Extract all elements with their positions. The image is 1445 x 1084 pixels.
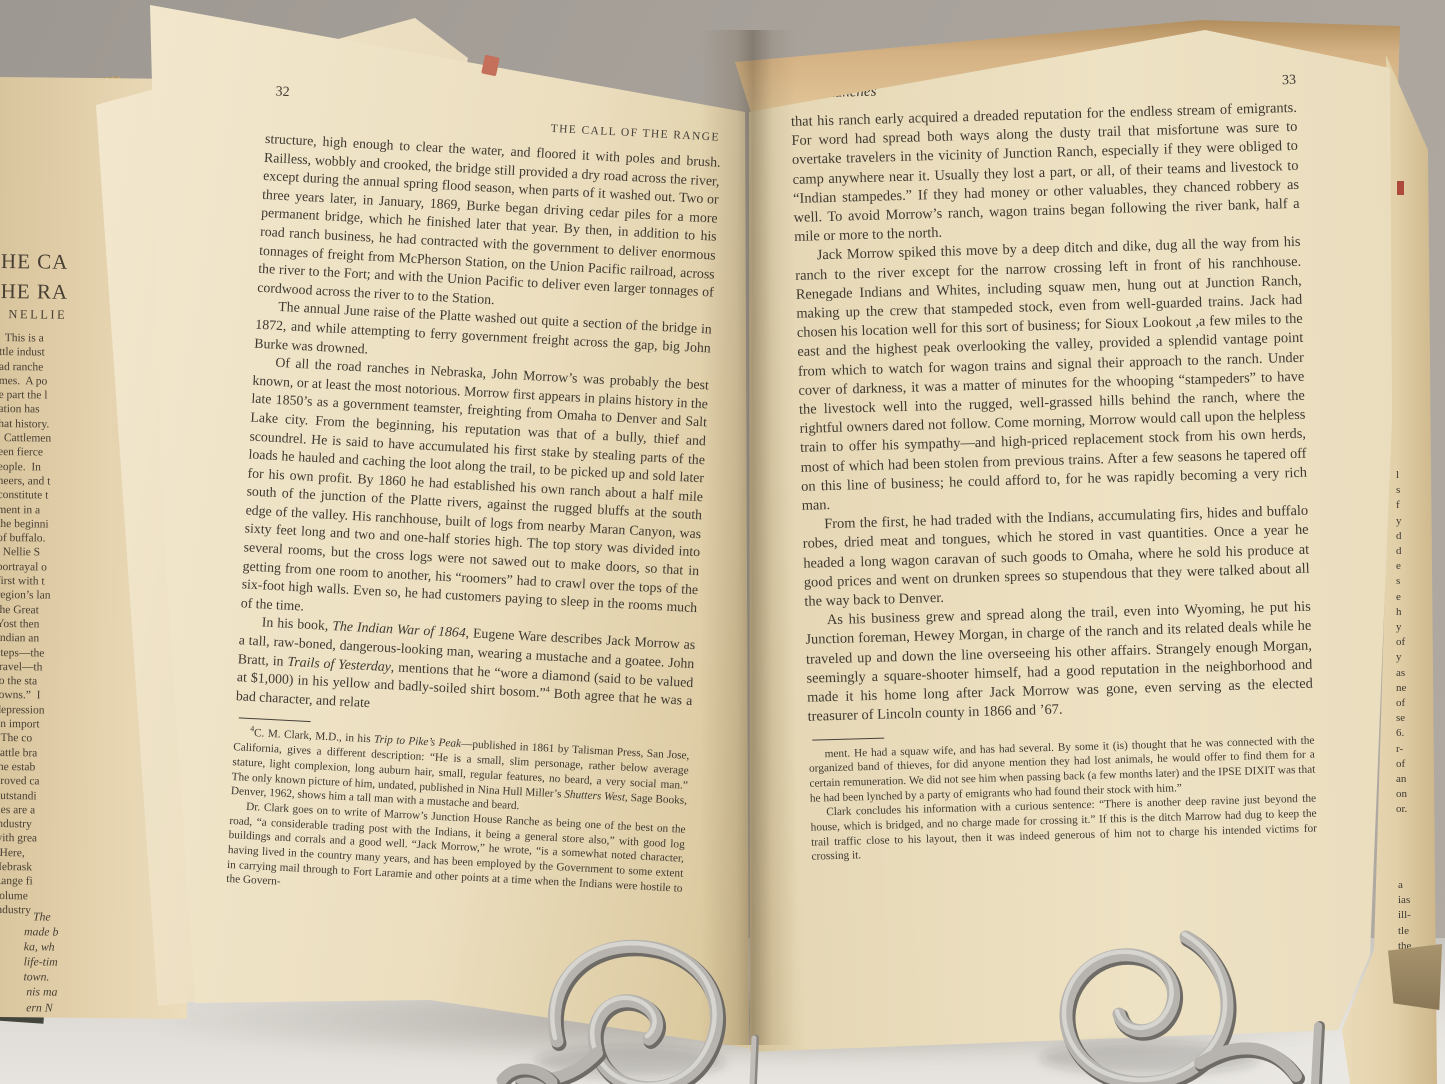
page-fragment-line: neers, and t [0, 474, 52, 489]
page-fragment-line: with grea [0, 831, 48, 846]
paragraph: Jack Morrow spiked this move by a deep d… [795, 233, 1308, 516]
page-fragment-line: or. [1396, 802, 1430, 817]
page-fragment-line: town. [23, 970, 58, 985]
page-fragment-line: life-tim [24, 955, 59, 970]
page-fragment-line: Cattlemen [0, 431, 52, 446]
page-fragment-line: eople. In [0, 460, 52, 475]
page-fragment-line: The co [0, 731, 49, 746]
page-fragment-line: y [1396, 514, 1430, 529]
text-run: Shutters West [564, 788, 625, 803]
page-fragment-line: of [1396, 635, 1430, 650]
page-fragment-line: Yost then [0, 617, 50, 632]
footnote-rule [239, 718, 311, 723]
page-fragment-line: made b [24, 924, 59, 939]
right-page: Road Ranches 33 that his ranch early acq… [735, 0, 1445, 1084]
page-fragment-line: a [1398, 878, 1438, 893]
page-fragment-line: e part the l [0, 388, 53, 403]
page-fragment-line: f [1396, 498, 1430, 513]
page-fragment-line: e [1396, 590, 1430, 605]
page-fragment-line: ttle indust [0, 345, 53, 360]
page-fragment-line: travel—th [0, 660, 50, 675]
page-fragment-line: on [1396, 787, 1430, 802]
page-fragment-line: Nellie S [0, 545, 51, 560]
page-fragment-line: l [1396, 468, 1430, 483]
background-page-byline: NELLIE [8, 307, 67, 323]
page-fragment-line: ne [1396, 681, 1430, 696]
text-run: As his business grew and spread along th… [805, 599, 1313, 725]
paragraph: Of all the road ranches in Nebraska, Joh… [240, 353, 709, 637]
paragraph: structure, high enough to clear the wate… [257, 130, 721, 321]
page-fragment-line: proved ca [0, 774, 49, 789]
text-run: In his book, [261, 615, 332, 634]
paragraph: From the first, he had traded with the I… [802, 502, 1310, 612]
text-run: Jack Morrow spiked this move by a deep d… [795, 234, 1307, 514]
page-fragment-line: region’s lan [0, 588, 51, 603]
page-fragment-line: ad ranche [0, 360, 53, 375]
page-fragment-line: tle [1398, 924, 1438, 939]
page-fragment-line: d [1396, 544, 1430, 559]
background-page-title-line: HE CA [1, 249, 69, 275]
footnote-rule [812, 737, 884, 740]
page-fragment-line: of [1396, 696, 1430, 711]
page-fragment-line: ern N [23, 1000, 58, 1015]
page-fragment-line: ties are a [0, 803, 48, 818]
page-fragment-line: portrayal o [0, 560, 51, 575]
page-fragment-line: industry [0, 817, 48, 832]
right-page-number: 33 [1282, 73, 1296, 89]
page-fragment-line: ment in a [0, 503, 51, 518]
background-page-title-line: HE RA [1, 279, 69, 305]
text-run: that his ranch early acquired a dreaded … [791, 100, 1300, 245]
page-fragment-line: een fierce [0, 445, 52, 460]
background-page-quote-fragments: Themade bka, whlife-timtown. nis ma ern … [23, 909, 59, 1019]
page-fragment-line: se [1396, 711, 1430, 726]
page-fragment-line: 6. [1396, 726, 1430, 741]
right-edge-letter-fragments: lsfyddesehyofyasneofse6.r-ofanonor. [1396, 468, 1430, 818]
paragraph: As his business grew and spread along th… [805, 598, 1314, 727]
page-fragment-line: This is a [0, 331, 53, 346]
page-fragment-line: nis ma [23, 985, 58, 1000]
page-fragment-line: an import [0, 717, 49, 732]
page-fragment-line: towns.” I [0, 688, 50, 703]
right-page-body: that his ranch early acquired a dreaded … [791, 99, 1314, 727]
page-fragment-line: first with t [0, 574, 51, 589]
page-fragment-line: ka, wh [24, 939, 59, 954]
page-fragment-line: y [1396, 650, 1430, 665]
text-run: Trails of Yesterday [287, 653, 391, 673]
page-fragment-line: The [24, 909, 59, 924]
paragraph: that his ranch early acquired a dreaded … [791, 99, 1301, 247]
page-fragment-line: h [1396, 605, 1430, 620]
page-fragment-line: s [1396, 483, 1430, 498]
page-fragment-line: cattle bra [0, 746, 49, 761]
page-fragment-line: steps—the [0, 646, 50, 661]
page-fragment-line: the Great [0, 603, 50, 618]
background-page-body-fragments: This is attle industad ranchemes. A poe … [0, 331, 53, 918]
page-fragment-line: the estab [0, 760, 49, 775]
text-run: Of all the road ranches in Nebraska, Joh… [240, 355, 709, 616]
page-fragment-line: Indian an [0, 631, 50, 646]
right-page-content: Road Ranches 33 that his ranch early acq… [790, 72, 1318, 865]
right-page-footnotes: ment. He had a squaw wife, and has had s… [808, 733, 1317, 865]
page-fragment-line: mes. A po [0, 374, 53, 389]
page-fragment-line: ias [1398, 893, 1438, 908]
page-fragment-line: the beginni [0, 517, 51, 532]
page-fragment-line: Nebrask [0, 860, 48, 875]
page-fragment-line: of buffalo. [0, 531, 51, 546]
text-run: structure, high enough to clear the wate… [257, 131, 721, 307]
page-fragment-line: constitute t [0, 488, 52, 503]
page-fragment-line: e [1396, 559, 1430, 574]
left-page-content: 32 THE CALL OF THE RANGE structure, high… [226, 84, 723, 911]
torn-jacket-edge [1388, 944, 1442, 1010]
text-run: Trip to Pike’s Peak [374, 734, 462, 751]
red-binding-sliver [1397, 181, 1404, 195]
page-fragment-line: depression [0, 703, 49, 718]
text-run: From the first, he had traded with the I… [803, 503, 1310, 610]
page-fragment-line: ation has [0, 402, 52, 417]
text-run: Clark concludes his information with a c… [811, 793, 1318, 863]
page-fragment-line: as [1396, 666, 1430, 681]
photo-of-open-book-on-stand: HE CA HE RA NELLIE This is attle industa… [0, 0, 1445, 1084]
page-fragment-line: of [1396, 757, 1430, 772]
page-fragment-line: Range fi [0, 874, 48, 889]
page-fragment-line: y [1396, 620, 1430, 635]
left-page-body: structure, high enough to clear the wate… [235, 130, 721, 729]
page-fragment-line: Here, [0, 846, 48, 861]
page-fragment-line: volume [0, 889, 47, 904]
left-page-footnotes: 4C. M. Clark, M.D., in his Trip to Pike’… [226, 726, 690, 911]
page-fragment-line: d [1396, 529, 1430, 544]
page-fragment-line: to the sta [0, 674, 50, 689]
page-fragment-line: ill- [1398, 908, 1438, 923]
page-fragment-line: outstandi [0, 788, 48, 803]
page-fragment-line: s [1396, 574, 1430, 589]
page-fragment-line: r- [1396, 742, 1430, 757]
left-page: 32 THE CALL OF THE RANGE structure, high… [140, 0, 760, 1060]
page-fragment-line: hat history. [0, 417, 52, 432]
page-fragment-line: an [1396, 772, 1430, 787]
